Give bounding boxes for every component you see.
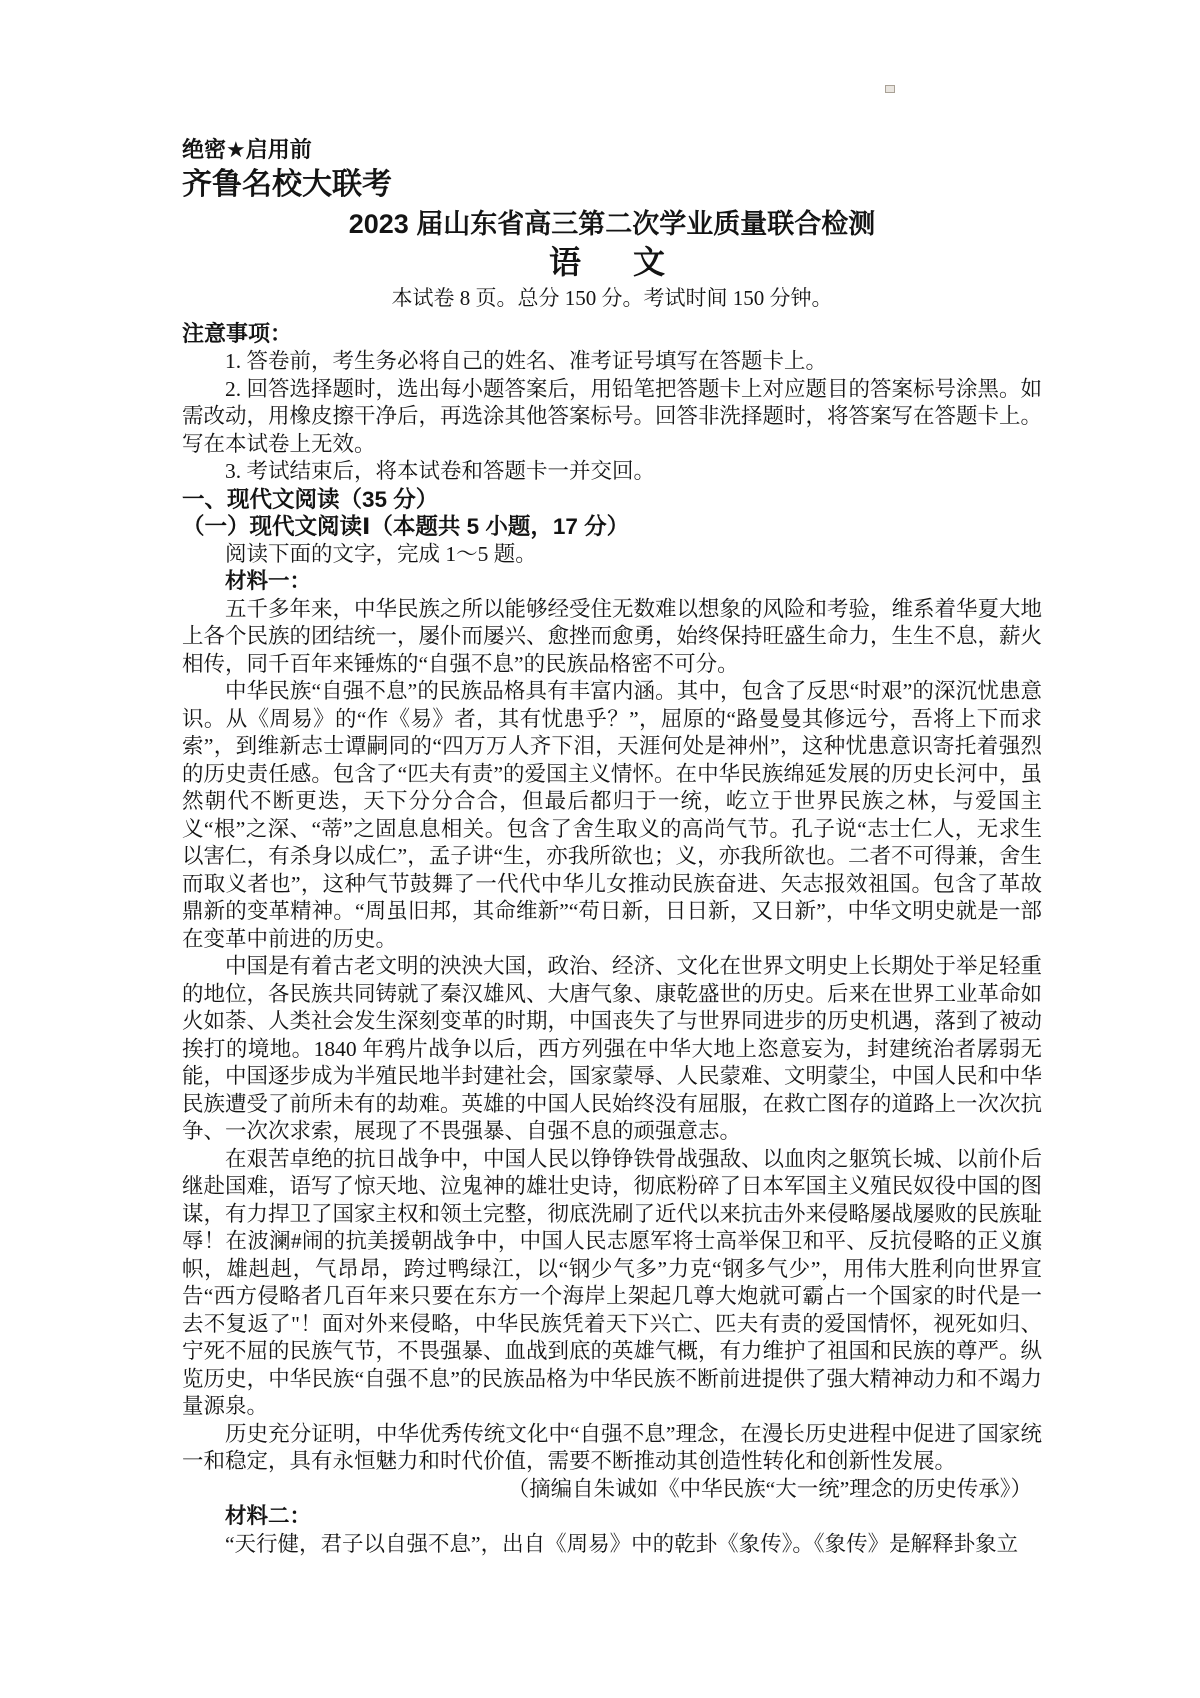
page-content: 绝密★启用前 齐鲁名校大联考 2023 届山东省高三第二次学业质量联合检测 语 … <box>182 136 1042 1558</box>
exam-paper-page: 绝密★启用前 齐鲁名校大联考 2023 届山东省高三第二次学业质量联合检测 语 … <box>0 0 1200 1698</box>
material1-paragraph: 历史充分证明，中华优秀传统文化中“自强不息”理念，在漫长历史进程中促进了国家统一… <box>182 1421 1042 1476</box>
notes-heading: 注意事项： <box>182 320 1042 348</box>
notes-item: 2. 回答选择题时，选出每小题答案后，用铅笔把答题卡上对应题目的答案标号涂黑。如… <box>182 376 1042 459</box>
material1-label: 材料一： <box>182 568 1042 596</box>
secrecy-label: 绝密★启用前 <box>182 136 1042 164</box>
subject-title: 语 文 <box>182 242 1042 282</box>
league-name: 齐鲁名校大联考 <box>182 166 1042 204</box>
material2-label: 材料二： <box>182 1503 1042 1531</box>
material1-paragraph: 中国是有着古老文明的泱泱大国，政治、经济、文化在世界文明史上长期处于举足轻重的地… <box>182 953 1042 1146</box>
material1-paragraph: 在艰苦卓绝的抗日战争中，中国人民以铮铮铁骨战强敌、以血肉之躯筑长城、以前仆后继赴… <box>182 1146 1042 1421</box>
notes-item: 1. 答卷前，考生务必将自己的姓名、准考证号填写在答题卡上。 <box>182 348 1042 376</box>
broken-image-icon <box>885 85 895 93</box>
paper-info: 本试卷 8 页。总分 150 分。考试时间 150 分钟。 <box>182 285 1042 312</box>
material2-paragraph: “天行健，君子以自强不息”，出自《周易》中的乾卦《象传》。《象传》是解释卦象立 <box>182 1531 1042 1559</box>
reading-instruction: 阅读下面的文字，完成 1～5 题。 <box>182 541 1042 569</box>
section-heading: 一、现代文阅读（35 分） <box>182 486 1042 514</box>
material1-attribution: （摘编自朱诚如《中华民族“大一统”理念的历史传承》） <box>182 1476 1042 1504</box>
exam-title: 2023 届山东省高三第二次学业质量联合检测 <box>182 207 1042 242</box>
notes-item: 3. 考试结束后，将本试卷和答题卡一并交回。 <box>182 458 1042 486</box>
material1-paragraph: 中华民族“自强不息”的民族品格具有丰富内涵。其中，包含了反思“时艰”的深沉忧患意… <box>182 678 1042 953</box>
subsection-heading: （一）现代文阅读Ⅰ（本题共 5 小题，17 分） <box>182 513 1042 541</box>
material1-paragraph: 五千多年来，中华民族之所以能够经受住无数难以想象的风险和考验，维系着华夏大地上各… <box>182 596 1042 679</box>
